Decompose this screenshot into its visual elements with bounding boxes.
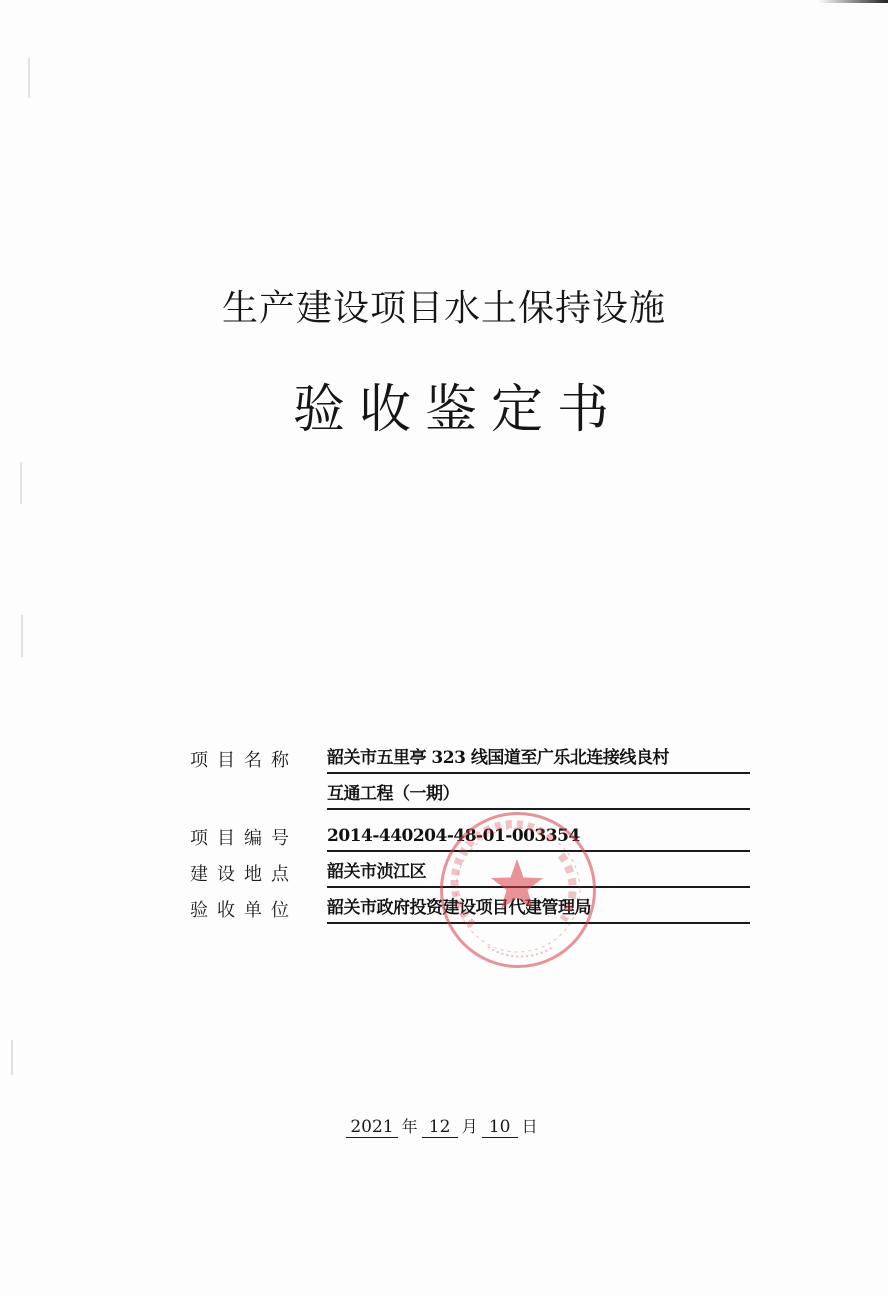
field-label: 建设地点 — [190, 860, 320, 886]
date-year: 2021 — [346, 1117, 397, 1138]
scan-edge-shadow — [818, 0, 888, 3]
field-label: 验收单位 — [190, 896, 320, 922]
document-subtitle: 验收鉴定书 — [0, 367, 888, 442]
signing-date: 2021年12月10日 — [0, 1114, 888, 1138]
project-info-block: 项目名称 韶关市五里亭 323 线国道至广乐北连接线良村 互通工程（一期） 项目… — [190, 740, 750, 926]
date-day: 10 — [482, 1117, 518, 1138]
scan-mark — [11, 1040, 13, 1075]
scan-mark — [28, 58, 30, 98]
field-project-number: 项目编号 2014-440204-48-01-003354 — [190, 818, 750, 854]
scan-mark — [21, 615, 23, 657]
document-title: 生产建设项目水土保持设施 — [0, 280, 888, 331]
field-construction-site: 建设地点 韶关市浈江区 — [190, 854, 750, 890]
date-month-unit: 月 — [462, 1117, 478, 1136]
field-value: 韶关市五里亭 323 线国道至广乐北连接线良村 — [327, 744, 750, 774]
document-page: 生产建设项目水土保持设施 验收鉴定书 项目名称 韶关市五里亭 323 线国道至广… — [0, 0, 888, 1296]
field-value: 韶关市政府投资建设项目代建管理局 — [327, 894, 750, 924]
field-project-name: 项目名称 韶关市五里亭 323 线国道至广乐北连接线良村 — [190, 740, 750, 776]
date-day-unit: 日 — [522, 1117, 538, 1136]
date-year-unit: 年 — [402, 1117, 418, 1136]
field-label: 项目编号 — [190, 824, 320, 850]
field-acceptance-unit: 验收单位 韶关市政府投资建设项目代建管理局 — [190, 890, 750, 926]
field-project-name-cont: 互通工程（一期） — [190, 776, 750, 812]
field-value: 互通工程（一期） — [327, 780, 750, 810]
date-month: 12 — [422, 1117, 458, 1138]
field-value: 韶关市浈江区 — [327, 858, 750, 888]
scan-mark — [20, 462, 22, 504]
field-value: 2014-440204-48-01-003354 — [327, 822, 750, 852]
field-label: 项目名称 — [190, 746, 320, 772]
